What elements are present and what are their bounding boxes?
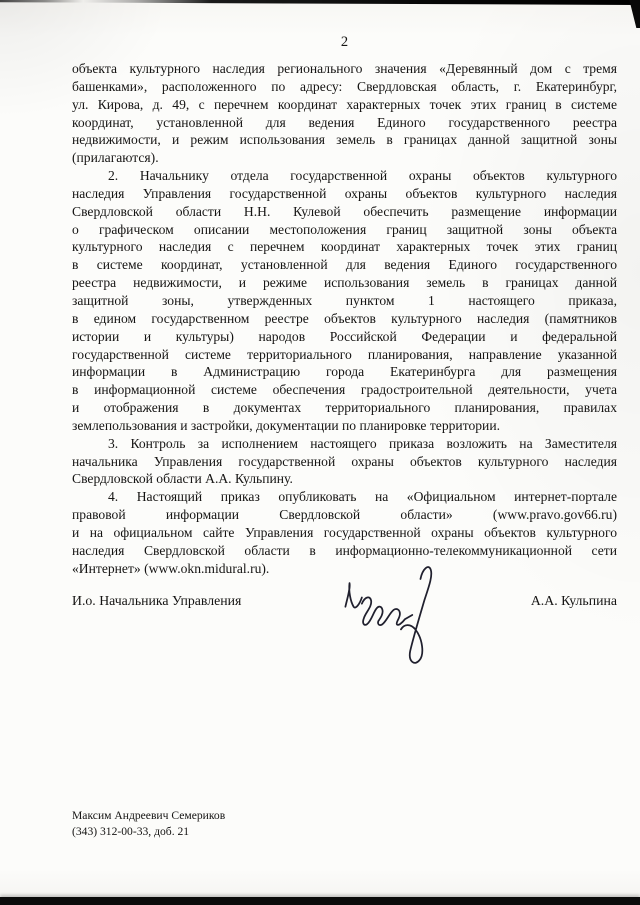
text-line: защитной зоны, утвержденных пунктом 1 на… xyxy=(72,292,617,310)
text-line: 4. Настоящий приказ опубликовать на «Офи… xyxy=(72,488,617,506)
text-line: (прилагаются). xyxy=(72,149,617,167)
handwritten-signature-icon xyxy=(331,558,439,674)
paragraph-continuation: объекта культурного наследия регионально… xyxy=(72,60,617,167)
scanned-document-page: 2 объекта культурного наследия региональ… xyxy=(0,0,640,905)
text-line: 2. Начальнику отдела государственной охр… xyxy=(72,167,617,185)
contact-phone: (343) 312-00-33, доб. 21 xyxy=(72,824,225,840)
text-line: наследия Свердловской области в информац… xyxy=(72,542,617,560)
text-line: о графическом описании местоположения гр… xyxy=(72,221,617,239)
paragraph-item-2: 2. Начальнику отдела государственной охр… xyxy=(72,167,617,435)
text-line: Свердловской области А.А. Кульпину. xyxy=(72,470,617,488)
text-line: координат, установленной для ведения Еди… xyxy=(72,114,617,132)
text-line: реестра недвижимости, и режиме использов… xyxy=(72,274,617,292)
text-line: информации в Администрацию города Екатер… xyxy=(72,363,617,381)
page-number: 2 xyxy=(72,34,617,51)
signer-position-label: И.о. Начальника Управления xyxy=(72,593,241,609)
document-body: объекта культурного наследия регионально… xyxy=(72,60,617,577)
text-line: Свердловской области Н.Н. Кулевой обеспе… xyxy=(72,203,617,221)
paragraph-item-3: 3. Контроль за исполнением настоящего пр… xyxy=(72,435,617,489)
text-line: и отображения в документах территориальн… xyxy=(72,399,617,417)
text-line: башенками», расположенного по адресу: Св… xyxy=(72,78,617,96)
contact-footer: Максим Андреевич Семериков (343) 312-00-… xyxy=(72,808,225,840)
scan-artifact-bottom-edge xyxy=(0,897,640,905)
text-line: наследия Управления государственной охра… xyxy=(72,185,617,203)
text-line: в системе координат, установленной для в… xyxy=(72,256,617,274)
text-line: государственной системе территориального… xyxy=(72,346,617,364)
text-line: и на официальном сайте Управления госуда… xyxy=(72,524,617,542)
text-line: землепользования и застройки, документац… xyxy=(72,417,617,435)
scan-artifact-top-edge xyxy=(0,0,640,5)
text-line: правовой информации Свердловской области… xyxy=(72,506,617,524)
text-line: объекта культурного наследия регионально… xyxy=(72,60,617,78)
signer-name: А.А. Кульпина xyxy=(531,593,617,609)
text-line: начальника Управления государственной ох… xyxy=(72,453,617,471)
text-line: 3. Контроль за исполнением настоящего пр… xyxy=(72,435,617,453)
text-line: истории и культуры) народов Российской Ф… xyxy=(72,328,617,346)
text-line: ул. Кирова, д. 49, с перечнем координат … xyxy=(72,96,617,114)
text-line: недвижимости, и режим использования земе… xyxy=(72,131,617,149)
text-line: в едином государственном реестре объекто… xyxy=(72,310,617,328)
text-line: в информационной системе обеспечения гра… xyxy=(72,381,617,399)
text-line: культурного наследия с перечнем координа… xyxy=(72,238,617,256)
contact-name: Максим Андреевич Семериков xyxy=(72,808,225,824)
